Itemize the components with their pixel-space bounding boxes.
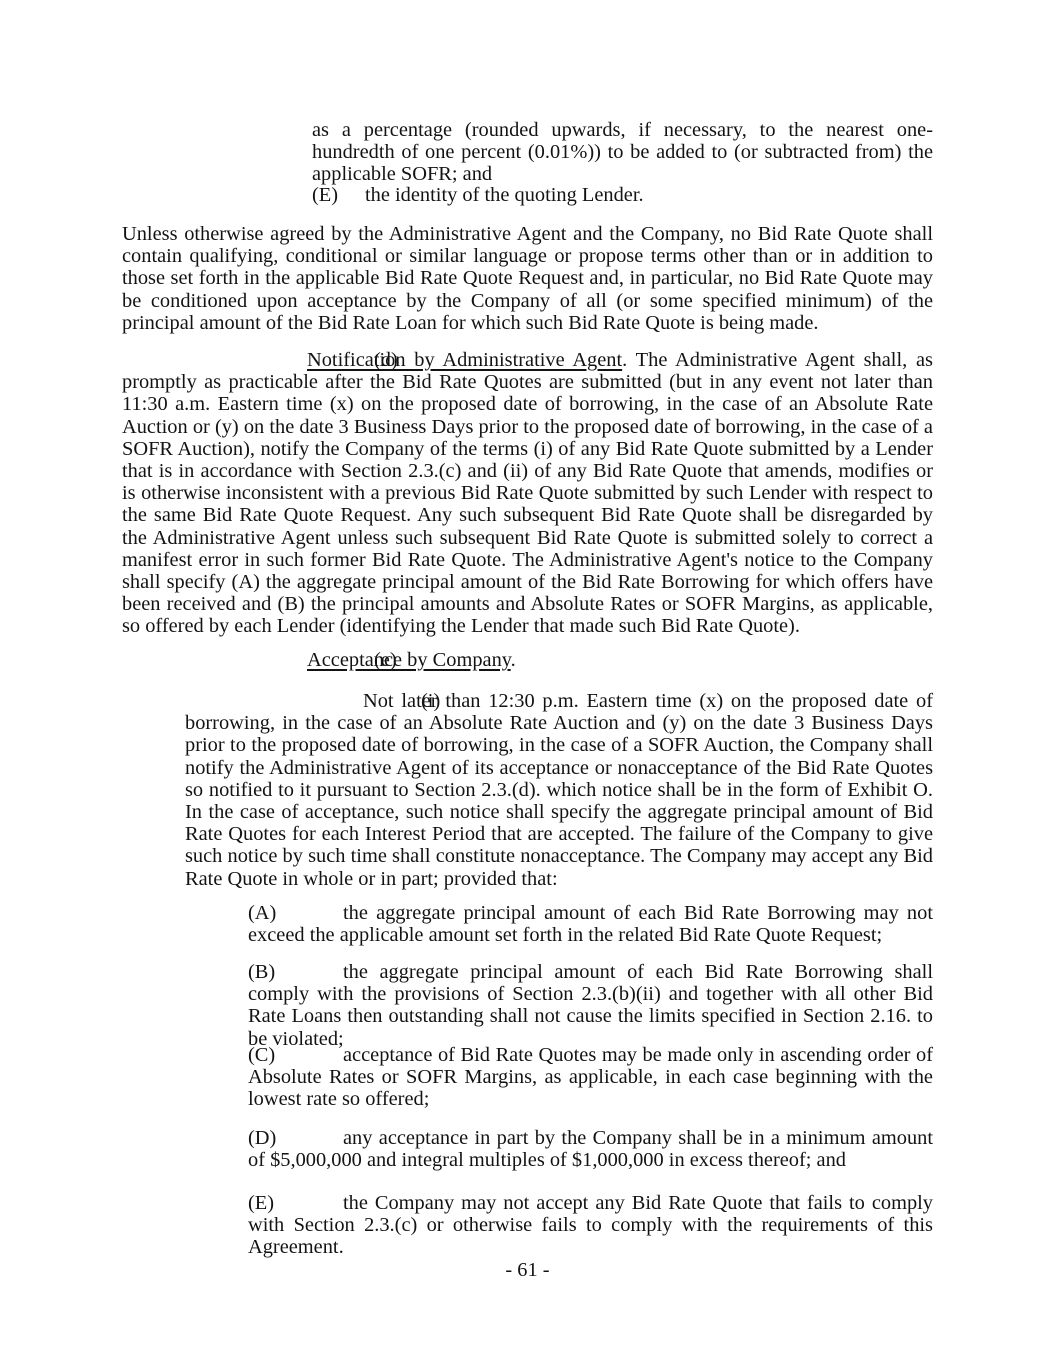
list-item-A: (A)the aggregate principal amount of eac… [248, 902, 933, 946]
list-label: (A) [248, 902, 343, 924]
clause-label-i: (i) [303, 690, 363, 712]
list-item-text: the identity of the quoting Lender. [365, 184, 644, 206]
paragraph-e-acceptance-heading: (e)Acceptance by Company. [122, 649, 933, 671]
clause-body-text: . The Administrative Agent shall, as pro… [122, 349, 933, 637]
list-item-text: the aggregate principal amount of each B… [248, 961, 933, 1050]
list-label: (E) [248, 1192, 343, 1214]
paragraph-i-not-later: (i)Not later than 12:30 p.m. Eastern tim… [185, 690, 933, 890]
list-item-E-identity: (E)the identity of the quoting Lender. [312, 184, 933, 206]
document-page: as a percentage (rounded upwards, if nec… [0, 0, 1055, 1365]
list-item-C: (C)acceptance of Bid Rate Quotes may be … [248, 1044, 933, 1111]
list-item-B: (B)the aggregate principal amount of eac… [248, 961, 933, 1050]
list-label: (B) [248, 961, 343, 983]
list-label: (D) [248, 1127, 343, 1149]
list-item-text: any acceptance in part by the Company sh… [248, 1127, 933, 1171]
list-item-text: the Company may not accept any Bid Rate … [248, 1192, 933, 1258]
page-number: - 61 - [122, 1259, 933, 1281]
paragraph-unless-otherwise: Unless otherwise agreed by the Administr… [122, 223, 933, 334]
list-item-text: acceptance of Bid Rate Quotes may be mad… [248, 1044, 933, 1110]
clause-heading-period: . [511, 649, 516, 671]
paragraph-d-notification: (d)Notification by Administrative Agent.… [122, 349, 933, 638]
clause-body-text: Not later than 12:30 p.m. Eastern time (… [185, 690, 933, 890]
list-item-text: the aggregate principal amount of each B… [248, 902, 933, 946]
clause-heading-acceptance: Acceptance by Company [307, 649, 511, 671]
paragraph-clause-continuation: as a percentage (rounded upwards, if nec… [312, 119, 933, 186]
list-label: (E) [312, 184, 365, 206]
clause-heading-notification: Notification by Administrative Agent [307, 349, 622, 371]
list-item-D: (D)any acceptance in part by the Company… [248, 1127, 933, 1171]
clause-label-d: (d) [248, 349, 307, 371]
clause-label-e: (e) [248, 649, 307, 671]
list-label: (C) [248, 1044, 343, 1066]
list-item-E-bottom: (E)the Company may not accept any Bid Ra… [248, 1192, 933, 1259]
